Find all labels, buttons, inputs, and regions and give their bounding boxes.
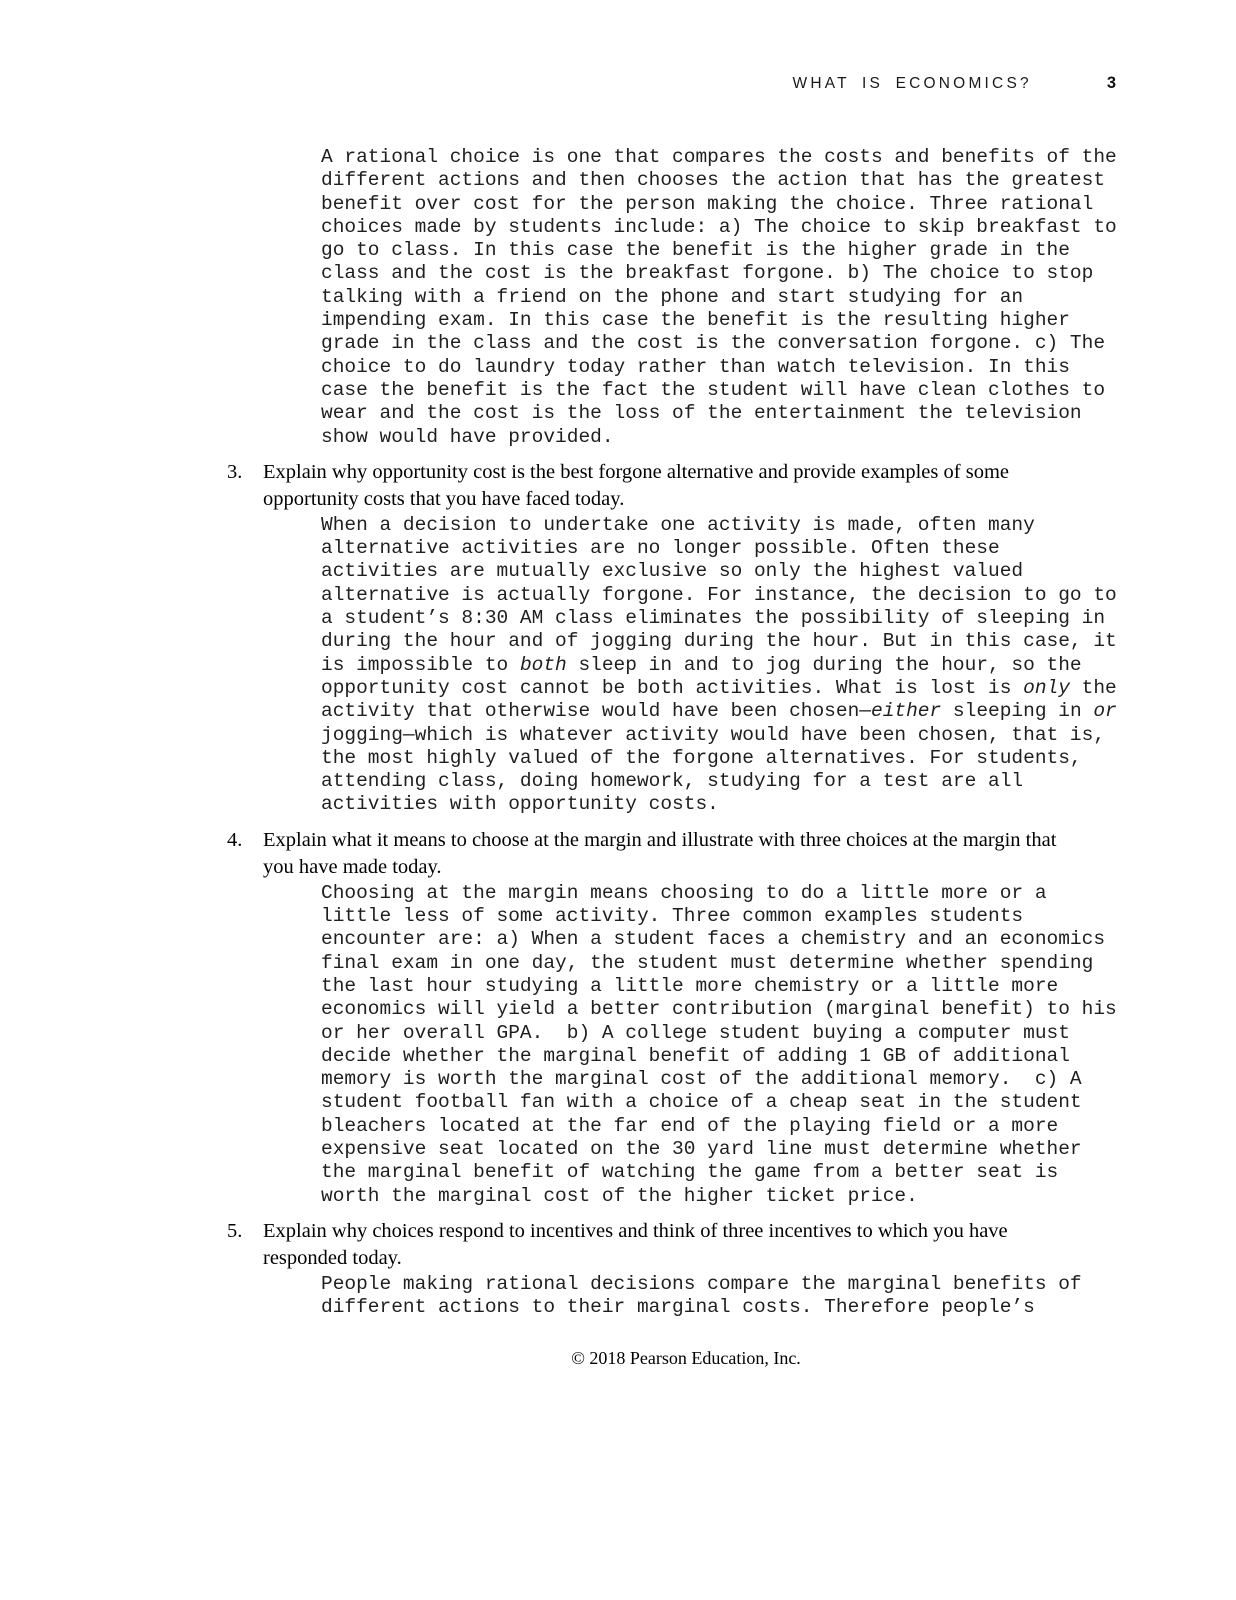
copyright-notice: © 2018 Pearson Education, Inc. — [571, 1348, 801, 1368]
answer-line: class and the cost is the breakfast forg… — [321, 262, 1177, 285]
italic-text: or — [1093, 700, 1116, 722]
running-head: WHAT IS ECONOMICS? — [793, 75, 1032, 93]
answer-line: decide whether the marginal benefit of a… — [321, 1045, 1177, 1068]
question-line: opportunity costs that you have faced to… — [263, 486, 1177, 514]
question-number: 3. — [227, 459, 242, 487]
italic-text: only — [1023, 677, 1070, 699]
answer-line: benefit over cost for the person making … — [321, 193, 1177, 216]
answer-line: alternative is actually forgone. For ins… — [321, 584, 1177, 607]
answer-line: wear and the cost is the loss of the ent… — [321, 402, 1177, 425]
answer-line: choice to do laundry today rather than w… — [321, 356, 1177, 379]
answer-line: the most highly valued of the forgone al… — [321, 747, 1177, 770]
answer-paragraph: People making rational decisions compare… — [321, 1273, 1177, 1320]
answer-line: worth the marginal cost of the higher ti… — [321, 1185, 1177, 1208]
answer-line: economics will yield a better contributi… — [321, 998, 1177, 1021]
answer-line: A rational choice is one that compares t… — [321, 146, 1177, 169]
page-footer: © 2018 Pearson Education, Inc. — [227, 1348, 1145, 1369]
answer-line: talking with a friend on the phone and s… — [321, 286, 1177, 309]
answer-line: activity that otherwise would have been … — [321, 700, 1177, 723]
answer-line: student football fan with a choice of a … — [321, 1091, 1177, 1114]
question-line: responded today. — [263, 1245, 1177, 1273]
answer-line: during the hour and of jogging during th… — [321, 630, 1177, 653]
answer-line: encounter are: a) When a student faces a… — [321, 928, 1177, 951]
answer-line: When a decision to undertake one activit… — [321, 514, 1177, 537]
question-line: you have made today. — [263, 854, 1177, 882]
answer-line: impending exam. In this case the benefit… — [321, 309, 1177, 332]
question-line: Explain what it means to choose at the m… — [263, 827, 1177, 855]
page-number: 3 — [1107, 74, 1116, 93]
question-number: 4. — [227, 827, 242, 855]
answer-line: People making rational decisions compare… — [321, 1273, 1177, 1296]
answer-line: case the benefit is the fact the student… — [321, 379, 1177, 402]
answer-line: jogging—which is whatever activity would… — [321, 724, 1177, 747]
answer-line: the marginal benefit of watching the gam… — [321, 1161, 1177, 1184]
question-line: Explain why opportunity cost is the best… — [263, 459, 1177, 487]
italic-text: either — [871, 700, 941, 722]
question-number: 5. — [227, 1218, 242, 1246]
answer-line: go to class. In this case the benefit is… — [321, 239, 1177, 262]
answer-line: little less of some activity. Three comm… — [321, 905, 1177, 928]
question-item: 3.Explain why opportunity cost is the be… — [227, 459, 1177, 514]
answer-line: show would have provided. — [321, 426, 1177, 449]
answer-line: activities are mutually exclusive so onl… — [321, 560, 1177, 583]
question-item: 5.Explain why choices respond to incenti… — [227, 1218, 1177, 1273]
answer-line: activities with opportunity costs. — [321, 793, 1177, 816]
answer-line: choices made by students include: a) The… — [321, 216, 1177, 239]
answer-line: a student’s 8:30 AM class eliminates the… — [321, 607, 1177, 630]
page-content: A rational choice is one that compares t… — [227, 146, 1177, 1319]
answer-line: grade in the class and the cost is the c… — [321, 332, 1177, 355]
answer-line: different actions to their marginal cost… — [321, 1296, 1177, 1319]
answer-line: opportunity cost cannot be both activiti… — [321, 677, 1177, 700]
answer-line: different actions and then chooses the a… — [321, 169, 1177, 192]
answer-paragraph: A rational choice is one that compares t… — [321, 146, 1177, 449]
answer-line: bleachers located at the far end of the … — [321, 1115, 1177, 1138]
answer-line: expensive seat located on the 30 yard li… — [321, 1138, 1177, 1161]
answer-line: the last hour studying a little more che… — [321, 975, 1177, 998]
page-header: WHAT IS ECONOMICS? 3 — [0, 74, 1116, 93]
answer-line: memory is worth the marginal cost of the… — [321, 1068, 1177, 1091]
answer-line: is impossible to both sleep in and to jo… — [321, 654, 1177, 677]
answer-line: attending class, doing homework, studyin… — [321, 770, 1177, 793]
answer-line: Choosing at the margin means choosing to… — [321, 882, 1177, 905]
italic-text: both — [520, 654, 567, 676]
answer-paragraph: When a decision to undertake one activit… — [321, 514, 1177, 817]
answer-line: alternative activities are no longer pos… — [321, 537, 1177, 560]
answer-paragraph: Choosing at the margin means choosing to… — [321, 882, 1177, 1208]
question-item: 4.Explain what it means to choose at the… — [227, 827, 1177, 882]
document-page: WHAT IS ECONOMICS? 3 A rational choice i… — [0, 0, 1236, 1600]
answer-line: or her overall GPA. b) A college student… — [321, 1022, 1177, 1045]
question-line: Explain why choices respond to incentive… — [263, 1218, 1177, 1246]
answer-line: final exam in one day, the student must … — [321, 952, 1177, 975]
